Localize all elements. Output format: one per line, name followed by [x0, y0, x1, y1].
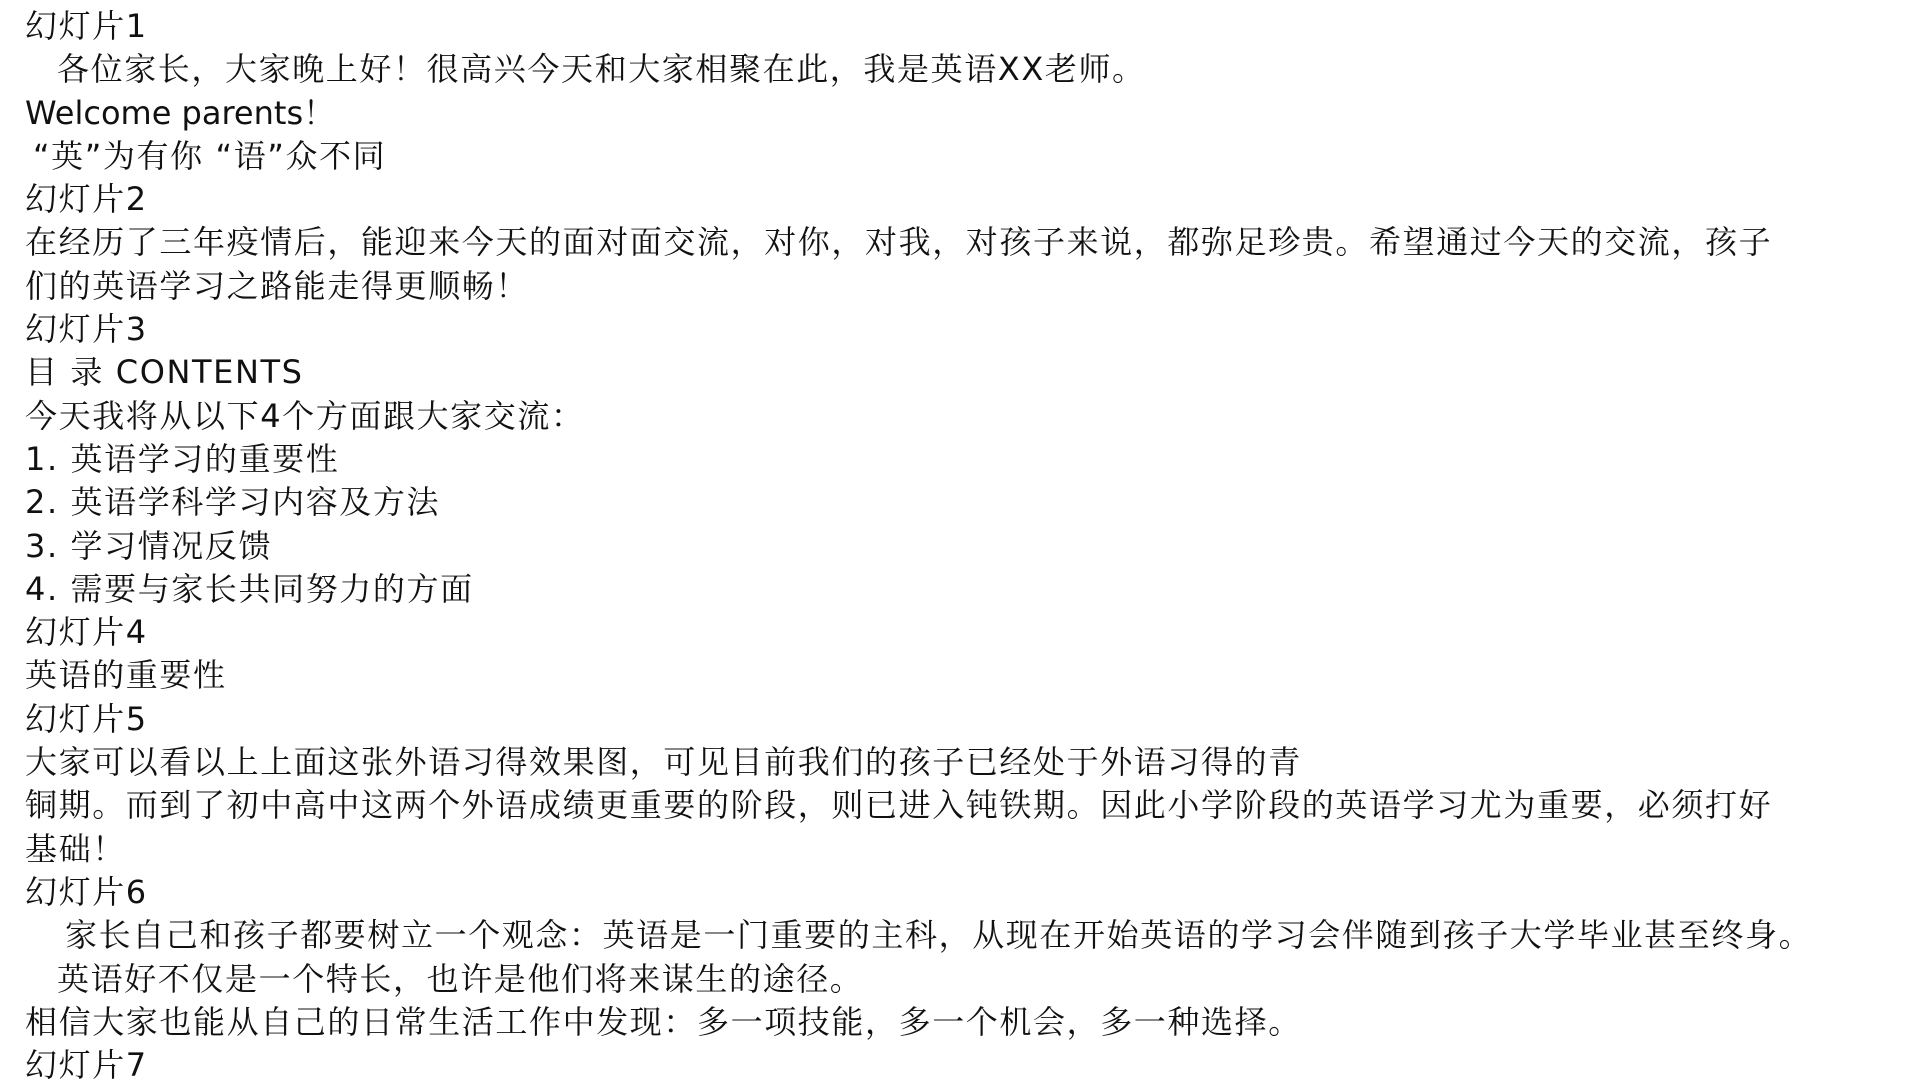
- slide-1-slogan: “英”为有你 “语”众不同: [25, 135, 1920, 178]
- slide-6-paragraph-line-3: 相信大家也能从自己的日常生活工作中发现：多一项技能，多一个机会，多一种选择。: [25, 1001, 1920, 1044]
- slide-5-paragraph-line-3: 基础！: [25, 828, 1920, 871]
- slide-1-greeting: 各位家长，大家晚上好！很高兴今天和大家相聚在此，我是英语XX老师。: [25, 48, 1920, 91]
- slide-5-heading: 幻灯片5: [25, 698, 1920, 741]
- document-body: 幻灯片1 各位家长，大家晚上好！很高兴今天和大家相聚在此，我是英语XX老师。 W…: [25, 5, 1920, 1080]
- slide-6-heading: 幻灯片6: [25, 871, 1920, 914]
- slide-2-heading: 幻灯片2: [25, 178, 1920, 221]
- slide-3-heading: 幻灯片3: [25, 308, 1920, 351]
- slide-4-heading: 幻灯片4: [25, 611, 1920, 654]
- slide-4-title: 英语的重要性: [25, 654, 1920, 697]
- slide-5-paragraph-line-2: 铜期。而到了初中高中这两个外语成绩更重要的阶段，则已进入钝铁期。因此小学阶段的英…: [25, 784, 1920, 827]
- slide-1-heading: 幻灯片1: [25, 5, 1920, 48]
- slide-6-paragraph-line-2: 英语好不仅是一个特长，也许是他们将来谋生的途径。: [25, 958, 1920, 1001]
- slide-3-contents-item-1: 1. 英语学习的重要性: [25, 438, 1920, 481]
- slide-3-contents-item-2: 2. 英语学科学习内容及方法: [25, 481, 1920, 524]
- slide-7-heading: 幻灯片7: [25, 1044, 1920, 1080]
- slide-2-paragraph-line-1: 在经历了三年疫情后，能迎来今天的面对面交流，对你，对我，对孩子来说，都弥足珍贵。…: [25, 221, 1920, 264]
- slide-6-paragraph-line-1: 家长自己和孩子都要树立一个观念：英语是一门重要的主科，从现在开始英语的学习会伴随…: [25, 914, 1920, 957]
- slide-3-intro: 今天我将从以下4个方面跟大家交流：: [25, 395, 1920, 438]
- slide-3-contents-item-3: 3. 学习情况反馈: [25, 525, 1920, 568]
- slide-3-contents-title: 目 录 CONTENTS: [25, 351, 1920, 394]
- slide-1-welcome: Welcome parents！: [25, 92, 1920, 135]
- slide-5-paragraph-line-1: 大家可以看以上上面这张外语习得效果图，可见目前我们的孩子已经处于外语习得的青: [25, 741, 1920, 784]
- slide-2-paragraph-line-2: 们的英语学习之路能走得更顺畅！: [25, 265, 1920, 308]
- slide-3-contents-item-4: 4. 需要与家长共同努力的方面: [25, 568, 1920, 611]
